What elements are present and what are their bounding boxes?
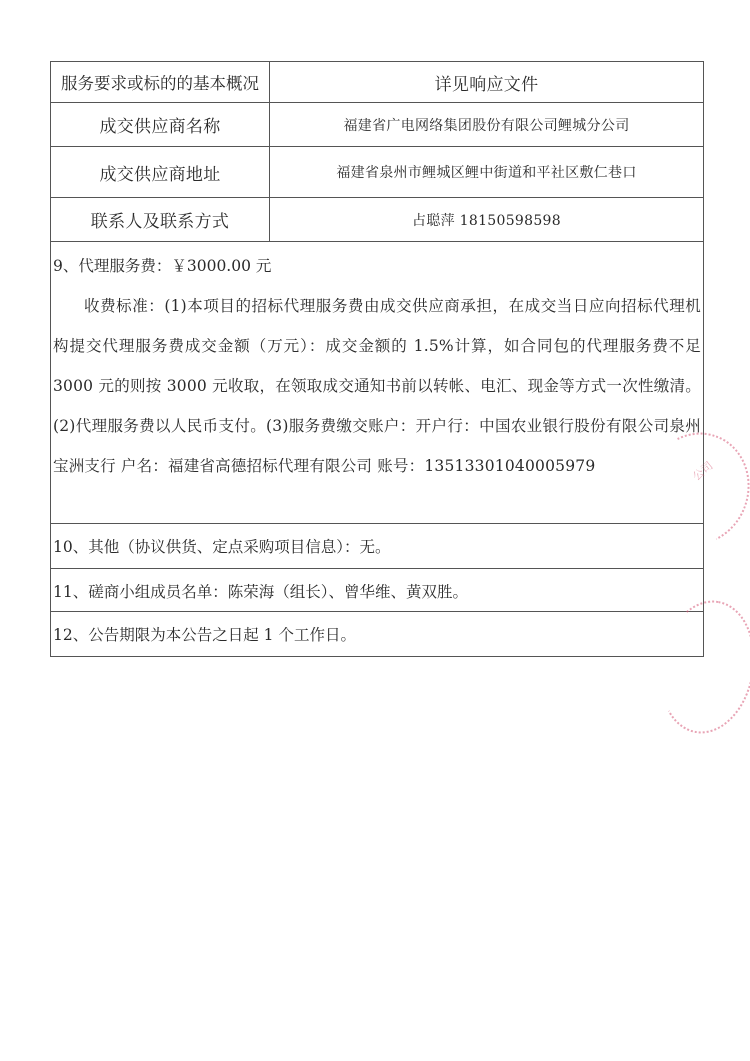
table-row-panel-members: 11、磋商小组成员名单：陈荣海（组长）、曾华维、黄双胜。 xyxy=(51,569,703,612)
panel-members: 11、磋商小组成员名单：陈荣海（组长）、曾华维、黄双胜。 xyxy=(51,569,468,612)
row-label: 成交供应商地址 xyxy=(51,147,270,197)
table-row-other: 10、其他（协议供货、定点采购项目信息）：无。 xyxy=(51,524,703,569)
row-value: 占聪萍 18150598598 xyxy=(270,198,703,241)
notice-period: 12、公告期限为本公告之日起 1 个工作日。 xyxy=(51,612,356,656)
row-label: 联系人及联系方式 xyxy=(51,198,270,241)
table-row-notice-period: 12、公告期限为本公告之日起 1 个工作日。 xyxy=(51,612,703,656)
row-value: 详见响应文件 xyxy=(270,62,703,102)
table-row-agency-fee: 9、代理服务费：￥3000.00 元 收费标准：(1)本项目的招标代理服务费由成… xyxy=(51,242,703,524)
row-value: 福建省广电网络集团股份有限公司鲤城分公司 xyxy=(270,103,703,146)
agency-fee-title: 9、代理服务费：￥3000.00 元 xyxy=(51,246,703,286)
row-value: 福建省泉州市鲤城区鲤中街道和平社区敷仁巷口 xyxy=(270,147,703,197)
table-row-supplier-address: 成交供应商地址 福建省泉州市鲤城区鲤中街道和平社区敷仁巷口 xyxy=(51,147,703,198)
agency-fee-section: 9、代理服务费：￥3000.00 元 收费标准：(1)本项目的招标代理服务费由成… xyxy=(51,242,703,523)
row-label: 成交供应商名称 xyxy=(51,103,270,146)
other-info: 10、其他（协议供货、定点采购项目信息）：无。 xyxy=(51,524,390,568)
table-row-overview: 服务要求或标的的基本概况 详见响应文件 xyxy=(51,62,703,103)
table-row-supplier-name: 成交供应商名称 福建省广电网络集团股份有限公司鲤城分公司 xyxy=(51,103,703,147)
announcement-table: 服务要求或标的的基本概况 详见响应文件 成交供应商名称 福建省广电网络集团股份有… xyxy=(50,61,704,657)
row-label: 服务要求或标的的基本概况 xyxy=(51,62,270,102)
agency-fee-description: 收费标准：(1)本项目的招标代理服务费由成交供应商承担，在成交当日应向招标代理机… xyxy=(51,286,703,486)
table-row-contact: 联系人及联系方式 占聪萍 18150598598 xyxy=(51,198,703,242)
